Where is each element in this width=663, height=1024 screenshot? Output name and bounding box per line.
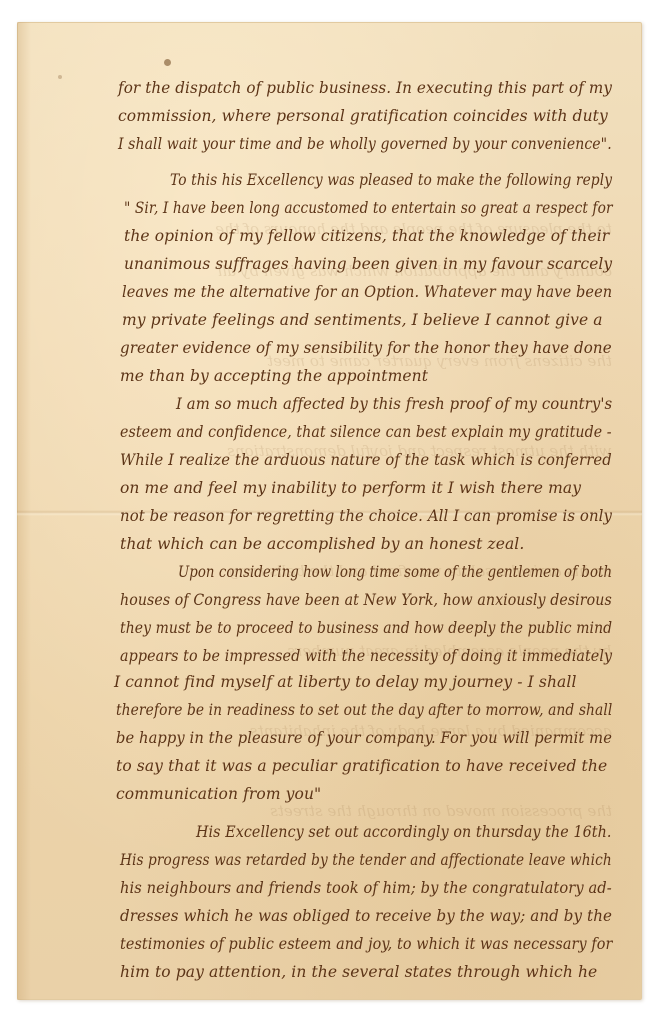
manuscript-line: " Sir, I have been long accustomed to en… xyxy=(124,198,613,218)
manuscript-line: me than by accepting the appointment xyxy=(120,366,428,386)
manuscript-line: greater evidence of my sensibility for t… xyxy=(120,338,612,358)
manuscript-line: I cannot find myself at liberty to delay… xyxy=(114,672,577,692)
manuscript-line: His Excellency set out accordingly on th… xyxy=(196,822,612,842)
manuscript-line: for the dispatch of public business. In … xyxy=(118,78,612,98)
manuscript-line: that which can be accomplished by an hon… xyxy=(120,534,524,554)
manuscript-line: his neighbours and friends took of him; … xyxy=(120,878,612,898)
manuscript-line: therefore be in readiness to set out the… xyxy=(116,700,612,720)
ink-spot xyxy=(164,59,171,66)
manuscript-line: communication from you" xyxy=(116,784,321,804)
manuscript-line: To this his Excellency was pleased to ma… xyxy=(170,170,612,190)
manuscript-line: I shall wait your time and be wholly gov… xyxy=(118,134,612,154)
manuscript-line: While I realize the arduous nature of th… xyxy=(120,450,612,470)
manuscript-line: leaves me the alternative for an Option.… xyxy=(122,282,612,302)
bleed-through-text: the procession moved on through the stre… xyxy=(47,802,612,820)
manuscript-line: they must be to proceed to business and … xyxy=(120,618,612,638)
manuscript-line: be happy in the pleasure of your company… xyxy=(116,728,612,748)
manuscript-line: testimonies of public esteem and joy, to… xyxy=(120,934,612,954)
manuscript-line: dresses which he was obliged to receive … xyxy=(120,906,612,926)
manuscript-line: I am so much affected by this fresh proo… xyxy=(176,394,612,414)
manuscript-line: my private feelings and sentiments, I be… xyxy=(122,310,603,330)
ink-spot xyxy=(58,75,62,79)
manuscript-line: to say that it was a peculiar gratificat… xyxy=(116,756,607,776)
manuscript-line: Upon considering how long time some of t… xyxy=(178,562,612,582)
manuscript-line: houses of Congress have been at New York… xyxy=(120,590,612,610)
manuscript-line: not be reason for regretting the choice.… xyxy=(120,506,612,526)
manuscript-line: unanimous suffrages having been given in… xyxy=(124,254,612,274)
manuscript-line: esteem and confidence, that silence can … xyxy=(120,422,612,442)
manuscript-line: His progress was retarded by the tender … xyxy=(120,850,612,870)
manuscript-line: the opinion of my fellow citizens, that … xyxy=(124,226,609,246)
manuscript-line: on me and feel my inability to perform i… xyxy=(120,478,581,498)
manuscript-line: him to pay attention, in the several sta… xyxy=(120,962,597,982)
manuscript-line: commission, where personal gratification… xyxy=(118,106,608,126)
manuscript-line: appears to be impressed with the necessi… xyxy=(120,646,612,666)
